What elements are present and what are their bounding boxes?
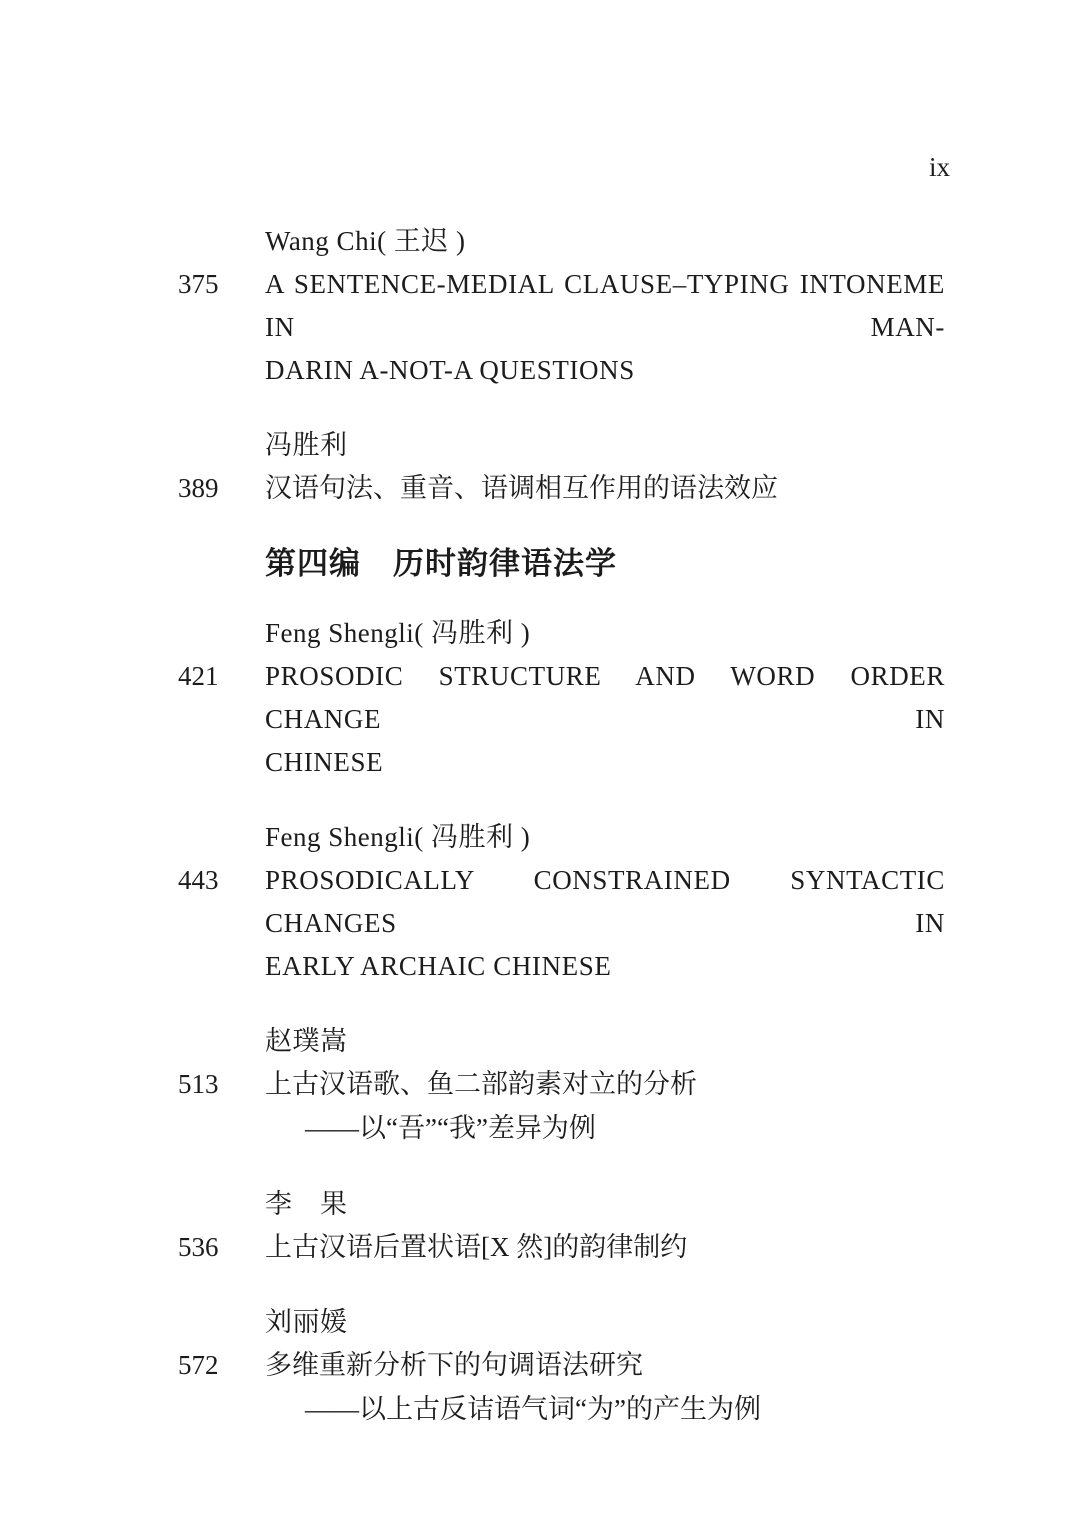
- title-subline: ——以“吾”“我”差异为例: [305, 1106, 945, 1151]
- entry-title: 汉语句法、重音、语调相互作用的语法效应: [265, 467, 945, 510]
- entry-title: 上古汉语歌、鱼二部韵素对立的分析 ——以“吾”“我”差异为例: [265, 1063, 945, 1151]
- entry-page-number: 513: [178, 1063, 265, 1106]
- entry-author: Feng Shengli( 冯胜利 ): [265, 816, 945, 859]
- entry-author: 赵璞嵩: [265, 1020, 945, 1063]
- title-line: 多维重新分析下的句调语法研究: [265, 1344, 945, 1387]
- toc-list: Wang Chi( 王迟 ) 375 A SENTENCE-MEDIAL CLA…: [178, 220, 945, 1464]
- entry-page-number: 443: [178, 859, 265, 902]
- entry-title: 多维重新分析下的句调语法研究 ——以上古反诘语气词“为”的产生为例: [265, 1344, 945, 1432]
- title-line: EARLY ARCHAIC CHINESE: [265, 945, 945, 988]
- entry-title: PROSODIC STRUCTURE AND WORD ORDER CHANGE…: [265, 655, 945, 784]
- entry-page-number: 389: [178, 467, 265, 510]
- toc-entry: 刘丽媛 572 多维重新分析下的句调语法研究 ——以上古反诘语气词“为”的产生为…: [178, 1301, 945, 1432]
- entry-row: 536 上古汉语后置状语[X 然]的韵律制约: [178, 1226, 945, 1269]
- toc-entry: Wang Chi( 王迟 ) 375 A SENTENCE-MEDIAL CLA…: [178, 220, 945, 392]
- toc-entry: Feng Shengli( 冯胜利 ) 421 PROSODIC STRUCTU…: [178, 612, 945, 784]
- entry-author: Wang Chi( 王迟 ): [265, 220, 945, 263]
- entry-page-number: 375: [178, 263, 265, 306]
- entry-row: 443 PROSODICALLY CONSTRAINED SYNTACTIC C…: [178, 859, 945, 988]
- entry-author: 刘丽媛: [265, 1301, 945, 1344]
- entry-row: 421 PROSODIC STRUCTURE AND WORD ORDER CH…: [178, 655, 945, 784]
- toc-entry: 赵璞嵩 513 上古汉语歌、鱼二部韵素对立的分析 ——以“吾”“我”差异为例: [178, 1020, 945, 1151]
- entry-row: 375 A SENTENCE-MEDIAL CLAUSE–TYPING INTO…: [178, 263, 945, 392]
- title-line: 上古汉语歌、鱼二部韵素对立的分析: [265, 1063, 945, 1106]
- entry-row: 513 上古汉语歌、鱼二部韵素对立的分析 ——以“吾”“我”差异为例: [178, 1063, 945, 1151]
- entry-title: 上古汉语后置状语[X 然]的韵律制约: [265, 1226, 945, 1269]
- section-header: 第四编 历时韵律语法学: [265, 542, 945, 586]
- title-subline: ——以上古反诘语气词“为”的产生为例: [305, 1387, 945, 1432]
- title-line: 汉语句法、重音、语调相互作用的语法效应: [265, 467, 945, 510]
- entry-title: PROSODICALLY CONSTRAINED SYNTACTIC CHANG…: [265, 859, 945, 988]
- toc-entry: Feng Shengli( 冯胜利 ) 443 PROSODICALLY CON…: [178, 816, 945, 988]
- entry-row: 572 多维重新分析下的句调语法研究 ——以上古反诘语气词“为”的产生为例: [178, 1344, 945, 1432]
- title-line: 上古汉语后置状语[X 然]的韵律制约: [265, 1226, 945, 1269]
- title-line: DARIN A-NOT-A QUESTIONS: [265, 349, 945, 392]
- entry-author: Feng Shengli( 冯胜利 ): [265, 612, 945, 655]
- toc-entry: 冯胜利 389 汉语句法、重音、语调相互作用的语法效应: [178, 424, 945, 510]
- title-line: CHINESE: [265, 741, 945, 784]
- entry-page-number: 572: [178, 1344, 265, 1387]
- page-folio-number: ix: [929, 150, 950, 184]
- entry-title: A SENTENCE-MEDIAL CLAUSE–TYPING INTONEME…: [265, 263, 945, 392]
- entry-row: 389 汉语句法、重音、语调相互作用的语法效应: [178, 467, 945, 510]
- entry-page-number: 536: [178, 1226, 265, 1269]
- title-line: PROSODIC STRUCTURE AND WORD ORDER CHANGE…: [265, 655, 945, 741]
- entry-page-number: 421: [178, 655, 265, 698]
- entry-author: 冯胜利: [265, 424, 945, 467]
- book-toc-page: ix Wang Chi( 王迟 ) 375 A SENTENCE-MEDIAL …: [0, 0, 1080, 1535]
- entry-author: 李 果: [265, 1183, 945, 1226]
- toc-entry: 李 果 536 上古汉语后置状语[X 然]的韵律制约: [178, 1183, 945, 1269]
- title-line: PROSODICALLY CONSTRAINED SYNTACTIC CHANG…: [265, 859, 945, 945]
- title-line: A SENTENCE-MEDIAL CLAUSE–TYPING INTONEME…: [265, 263, 945, 349]
